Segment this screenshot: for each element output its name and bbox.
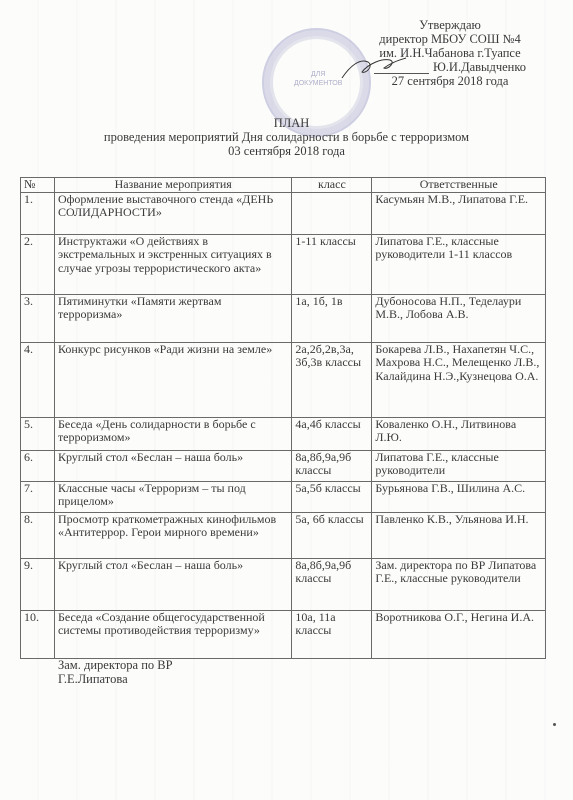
row-number: 7. [21,481,55,512]
scan-speck [553,723,556,726]
row-event-name: Просмотр краткометражных кинофильмов «Ан… [54,512,291,558]
table-row: 5. Беседа «День солидарности в борьбе с … [21,417,546,450]
row-class: 1-11 классы [292,234,372,294]
row-event-name: Конкурс рисунков «Ради жизни на земле» [54,342,291,417]
table-row: 10. Беседа «Создание общегосударственной… [21,610,546,658]
row-responsible: Бокарева Л.В., Нахапетян Ч.С., Махрова Н… [372,342,546,417]
row-class: 10а, 11а классы [292,610,372,658]
header-responsible: Ответственные [372,178,546,193]
stamp-text-line2: ДОКУМЕНТОВ [294,79,342,88]
footer-signature-block: Зам. директора по ВР Г.Е.Липатова [58,658,173,686]
row-responsible: Зам. директора по ВР Липатова Г.Е., клас… [372,558,546,610]
approval-signer: Ю.И.Давыдченко [433,60,526,74]
row-responsible: Липатова Г.Е., классные руководители 1-1… [372,234,546,294]
row-event-name: Классные часы «Терроризм – ты под прицел… [54,481,291,512]
plan-date: 03 сентября 2018 года [0,144,573,158]
document-title: ПЛАН проведения мероприятий Дня солидарн… [0,116,573,158]
row-class: 8а,8б,9а,9б классы [292,450,372,481]
row-responsible: Воротникова О.Г., Негина И.А. [372,610,546,658]
row-number: 9. [21,558,55,610]
row-number: 10. [21,610,55,658]
row-event-name: Инструктажи «О действиях в экстремальных… [54,234,291,294]
row-responsible: Касумьян М.В., Липатова Г.Е. [372,192,546,234]
table-row: 7. Классные часы «Терроризм – ты под при… [21,481,546,512]
row-responsible: Павленко К.В., Ульянова И.Н. [372,512,546,558]
signature-icon [338,52,408,82]
row-number: 1. [21,192,55,234]
row-event-name: Круглый стол «Беслан – наша боль» [54,450,291,481]
row-event-name: Беседа «День солидарности в борьбе с тер… [54,417,291,450]
row-number: 8. [21,512,55,558]
row-responsible: Дубоносова Н.П., Теделаури М.В., Лобова … [372,294,546,342]
row-event-name: Пятиминутки «Памяти жертвам терроризма» [54,294,291,342]
row-number: 4. [21,342,55,417]
row-class: 1а, 1б, 1в [292,294,372,342]
row-class: 5а, 6б классы [292,512,372,558]
row-number: 5. [21,417,55,450]
approval-heading: Утверждаю [340,18,560,32]
row-number: 3. [21,294,55,342]
row-responsible: Бурьянова Г.В., Шилина А.С. [372,481,546,512]
row-class: 5а,5б классы [292,481,372,512]
events-table: № Название мероприятия класс Ответственн… [20,177,546,659]
footer-position: Зам. директора по ВР [58,658,173,672]
table-row: 1. Оформление выставочного стенда «ДЕНЬ … [21,192,546,234]
row-event-name: Беседа «Создание общегосударственной сис… [54,610,291,658]
row-class: 4а,4б классы [292,417,372,450]
plan-subtitle: проведения мероприятий Дня солидарности … [0,130,573,144]
table-row: 3. Пятиминутки «Памяти жертвам терроризм… [21,294,546,342]
row-event-name: Оформление выставочного стенда «ДЕНЬ СОЛ… [54,192,291,234]
table-row: 6. Круглый стол «Беслан – наша боль» 8а,… [21,450,546,481]
table-row: 8. Просмотр краткометражных кинофильмов … [21,512,546,558]
header-event-name: Название мероприятия [54,178,291,193]
header-class: класс [292,178,372,193]
table-row: 2. Инструктажи «О действиях в экстремаль… [21,234,546,294]
row-number: 6. [21,450,55,481]
row-event-name: Круглый стол «Беслан – наша боль» [54,558,291,610]
table-header-row: № Название мероприятия класс Ответственн… [21,178,546,193]
approval-position: директор МБОУ СОШ №4 [340,32,560,46]
header-number: № [21,178,55,193]
footer-name: Г.Е.Липатова [58,672,173,686]
table-row: 4. Конкурс рисунков «Ради жизни на земле… [21,342,546,417]
row-class: 2а,2б,2в,3а, 3б,3в классы [292,342,372,417]
row-responsible: Коваленко О.Н., Литвинова Л.Ю. [372,417,546,450]
row-class: 8а,8б,9а,9б классы [292,558,372,610]
table-row: 9. Круглый стол «Беслан – наша боль» 8а,… [21,558,546,610]
row-number: 2. [21,234,55,294]
plan-heading: ПЛАН [0,116,573,130]
stamp-text: ДЛЯ ДОКУМЕНТОВ [294,70,342,88]
stamp-text-line1: ДЛЯ [294,70,342,79]
row-responsible: Липатова Г.Е., классные руководители [372,450,546,481]
row-class [292,192,372,234]
